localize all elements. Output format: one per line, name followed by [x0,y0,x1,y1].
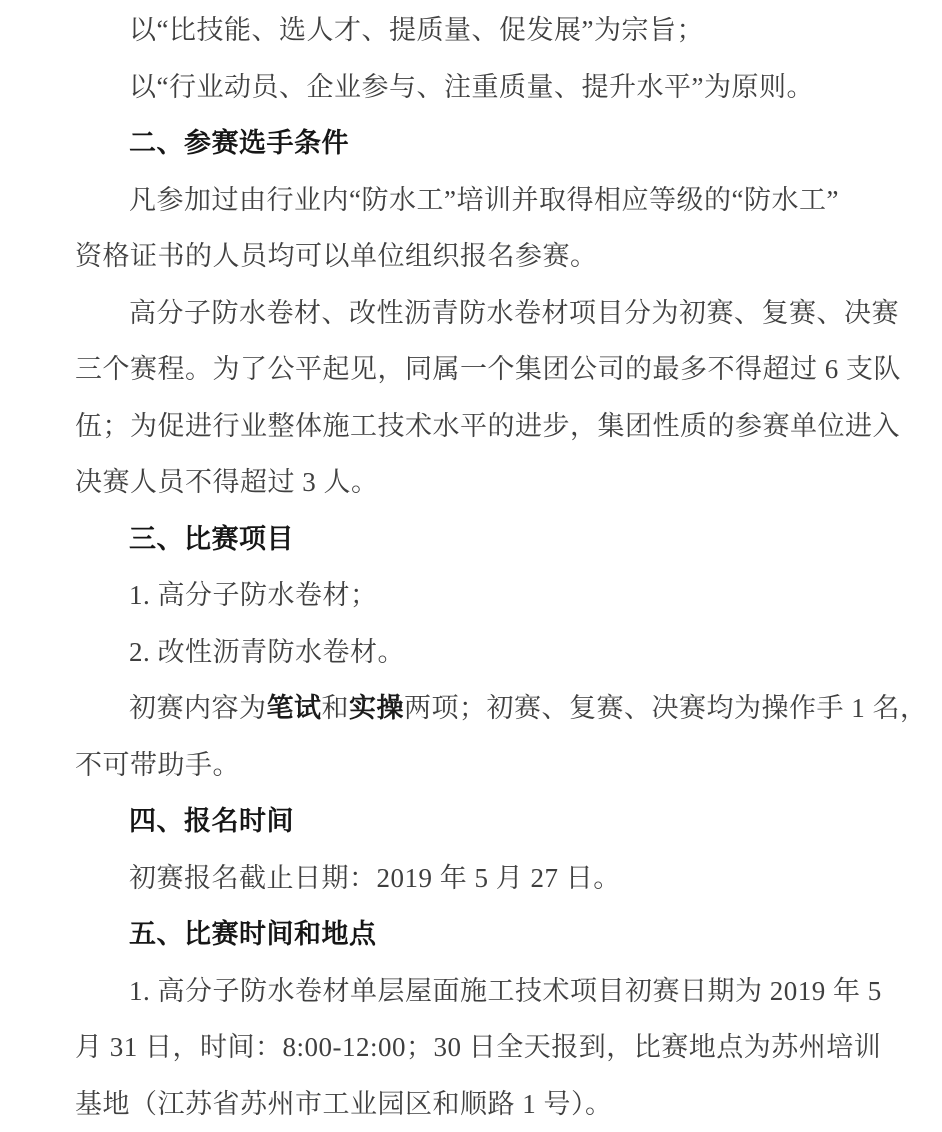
event-list-item-1: 1. 高分子防水卷材； [75,567,882,624]
paragraph-principle: 以“行业动员、企业参与、注重质量、提升水平”为原则。 [75,59,882,116]
preliminary-format-text: 初赛内容为 [129,693,267,723]
paragraph-stage-rules: 高分子防水卷材、改性沥青防水卷材项目分为初赛、复赛、决赛 三个赛程。为了公平起见… [75,285,882,511]
paragraph-registration-deadline: 初赛报名截止日期：2019 年 5 月 27 日。 [75,850,882,907]
paragraph-schedule-location: 1. 高分子防水卷材单层屋面施工技术项目初赛日期为 2019 年 5 月 31 … [75,963,882,1132]
event-list-item-2: 2. 改性沥青防水卷材。 [75,624,882,681]
paragraph-purpose: 以“比技能、选人才、提质量、促发展”为宗旨； [75,2,882,59]
preliminary-format-connector: 和 [322,693,350,723]
section-5-heading: 五、比赛时间和地点 [75,906,882,963]
scanned-document-page: 以“比技能、选人才、提质量、促发展”为宗旨； 以“行业动员、企业参与、注重质量、… [0,0,942,1132]
section-4-heading: 四、报名时间 [75,793,882,850]
written-test-term: 笔试 [267,693,322,723]
paragraph-eligibility: 凡参加过由行业内“防水工”培训并取得相应等级的“防水工” 资格证书的人员均可以单… [75,172,882,285]
practical-test-term: 实操 [349,693,404,723]
paragraph-preliminary-format: 初赛内容为笔试和实操两项；初赛、复赛、决赛均为操作手 1 名， 不可带助手。 [75,680,882,793]
section-3-heading: 三、比赛项目 [75,511,882,568]
section-2-heading: 二、参赛选手条件 [75,115,882,172]
